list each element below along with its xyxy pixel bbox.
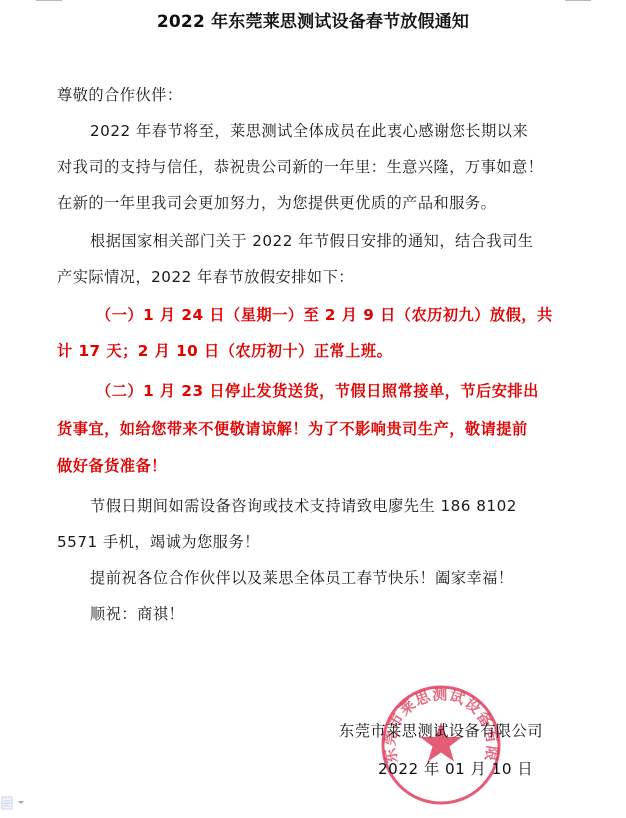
signature-date: 2022 年 01 月 10 日 (378, 758, 533, 779)
chevron-down-icon[interactable] (18, 801, 24, 804)
paragraph-1-line-1: 2022 年春节将至，莱思测试全体成员在此衷心感谢您长期以来 (90, 121, 528, 141)
page-corner-mark-right (565, 0, 591, 1)
paragraph-2-line-1: 根据国家相关部门关于 2022 年节假日安排的通知，结合我司生 (90, 231, 534, 251)
contact-line-1: 节假日期间如需设备咨询或技术支持请致电廖先生 186 8102 (90, 496, 517, 516)
page-corner-mark-left (36, 0, 62, 1)
holiday-item-1-line-2: 计 17 天；2 月 10 日（农历初十）正常上班。 (57, 341, 392, 361)
holiday-item-2-line-1: （二）1 月 23 日停止发货送货，节假日照常接单，节后安排出 (96, 381, 539, 401)
document-title: 2022 年东莞莱思测试设备春节放假通知 (0, 7, 626, 32)
holiday-item-1-line-1: （一）1 月 24 日（星期一）至 2 月 9 日（农历初九）放假，共 (96, 305, 553, 325)
paragraph-1-line-3: 在新的一年里我司会更加努力，为您提供更优质的产品和服务。 (57, 193, 496, 213)
holiday-item-2-line-3: 做好备货准备！ (57, 456, 167, 476)
holiday-item-2-line-2: 货事宜，如给您带来不便敬请谅解！为了不影响贵司生产，敬请提前 (57, 419, 528, 439)
doc-icon[interactable] (1, 796, 15, 810)
greeting-line: 提前祝各位合作伙伴以及莱思全体员工春节快乐！阖家幸福！ (90, 568, 514, 588)
paragraph-2-line-2: 产实际情况，2022 年春节放假安排如下： (57, 267, 354, 287)
closing-line: 顺祝：商祺！ (90, 604, 184, 624)
signature-company: 东莞市莱思测试设备有限公司 (339, 720, 543, 741)
contact-line-2: 5571 手机，竭诚为您服务！ (57, 532, 260, 552)
company-seal-stamp: 东莞市莱思测试设备有限公司 (380, 684, 502, 806)
salutation: 尊敬的合作伙伴： (57, 85, 183, 105)
paragraph-1-line-2: 对我司的支持与信任，恭祝贵公司新的一年里：生意兴隆，万事如意！ (57, 157, 543, 177)
